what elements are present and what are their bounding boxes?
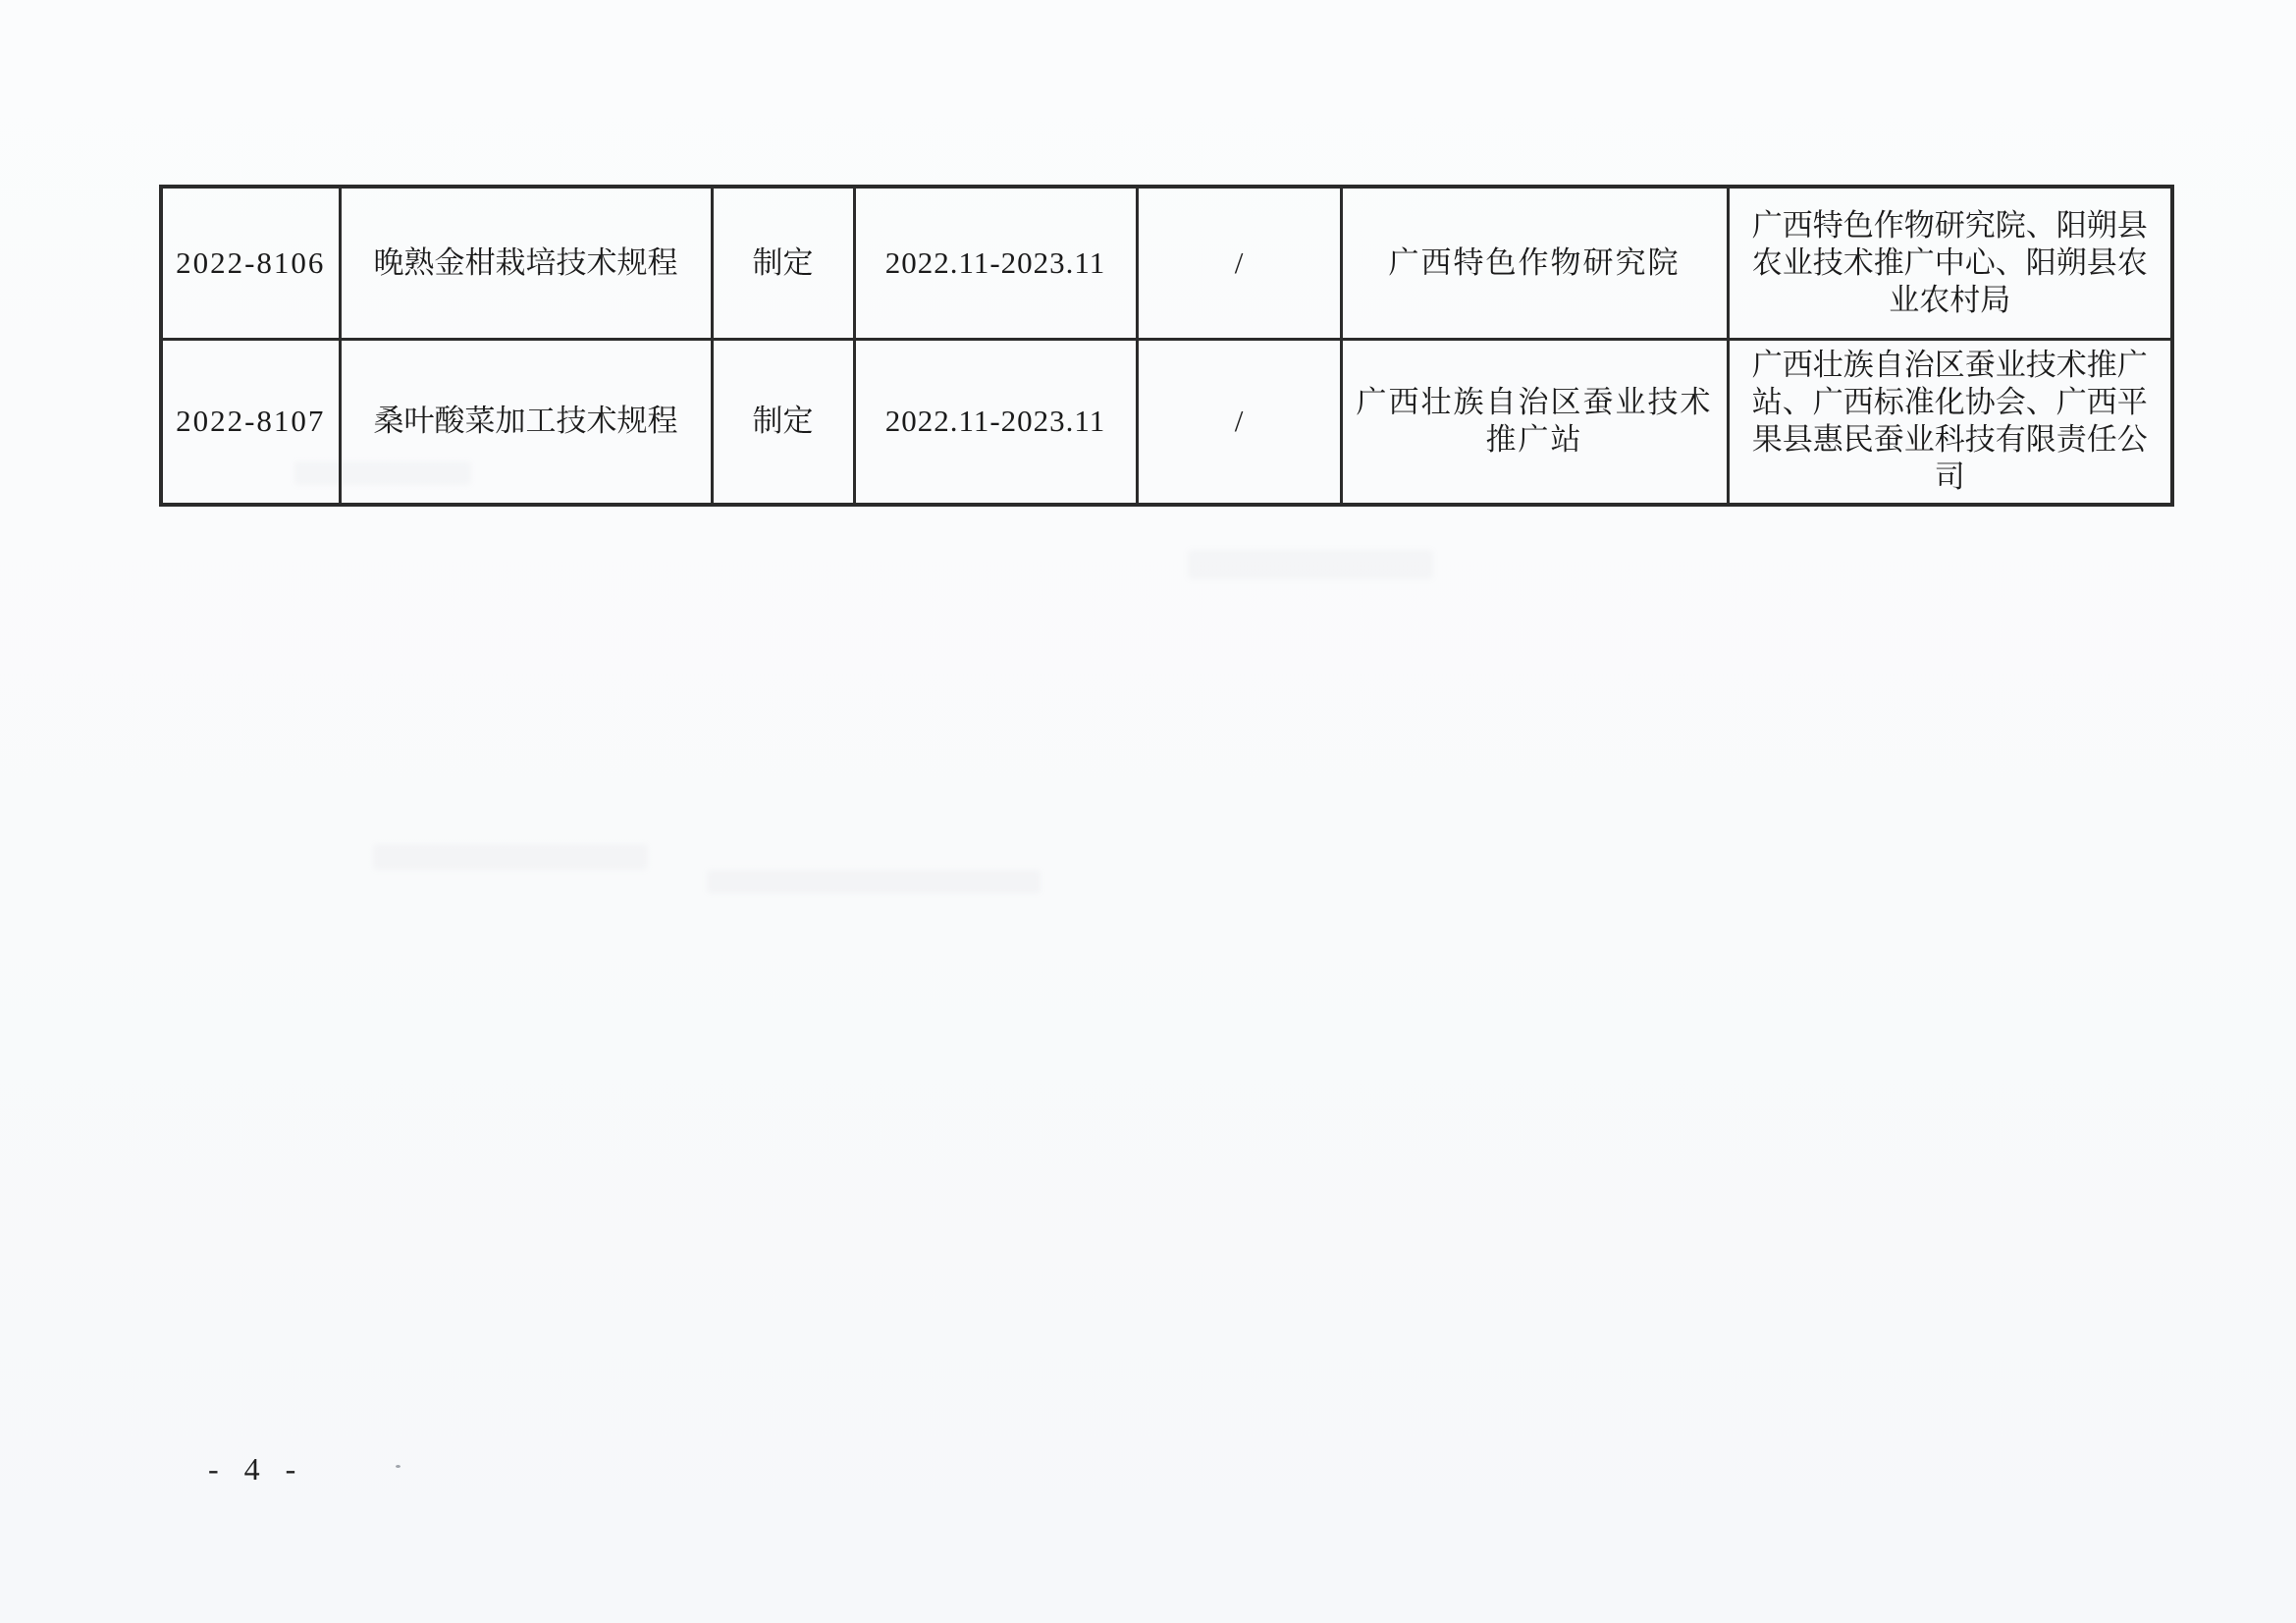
cell-revision-type: 制定 xyxy=(712,339,854,505)
cell-note-slash: / xyxy=(1137,339,1341,505)
page-number: - 4 - xyxy=(208,1451,304,1488)
cell-standard-title: 桑叶酸菜加工技术规程 xyxy=(340,339,712,505)
cell-participating-organizations: 广西特色作物研究院、阳朔县农业技术推广中心、阳朔县农业农村局 xyxy=(1728,187,2172,339)
cell-project-period: 2022.11-2023.11 xyxy=(854,187,1137,339)
cell-standard-title: 晚熟金柑栽培技术规程 xyxy=(340,187,712,339)
standards-table: 2022-8106 晚熟金柑栽培技术规程 制定 2022.11-2023.11 … xyxy=(159,185,2174,507)
cell-note-slash: / xyxy=(1137,187,1341,339)
scan-artifact xyxy=(707,870,1041,893)
cell-participating-organizations: 广西壮族自治区蚕业技术推广站、广西标准化协会、广西平果县惠民蚕业科技有限责任公司 xyxy=(1728,339,2172,505)
scan-speck xyxy=(396,1465,400,1468)
cell-revision-type: 制定 xyxy=(712,187,854,339)
cell-drafting-organization: 广西特色作物研究院 xyxy=(1341,187,1728,339)
scan-artifact xyxy=(373,844,648,870)
cell-drafting-organization: 广西壮族自治区蚕业技术推广站 xyxy=(1341,339,1728,505)
cell-project-serial: 2022-8106 xyxy=(161,187,340,339)
cell-project-serial: 2022-8107 xyxy=(161,339,340,505)
cell-project-period: 2022.11-2023.11 xyxy=(854,339,1137,505)
scan-artifact xyxy=(1188,550,1433,579)
table-row: 2022-8107 桑叶酸菜加工技术规程 制定 2022.11-2023.11 … xyxy=(161,339,2172,505)
table-row: 2022-8106 晚熟金柑栽培技术规程 制定 2022.11-2023.11 … xyxy=(161,187,2172,339)
